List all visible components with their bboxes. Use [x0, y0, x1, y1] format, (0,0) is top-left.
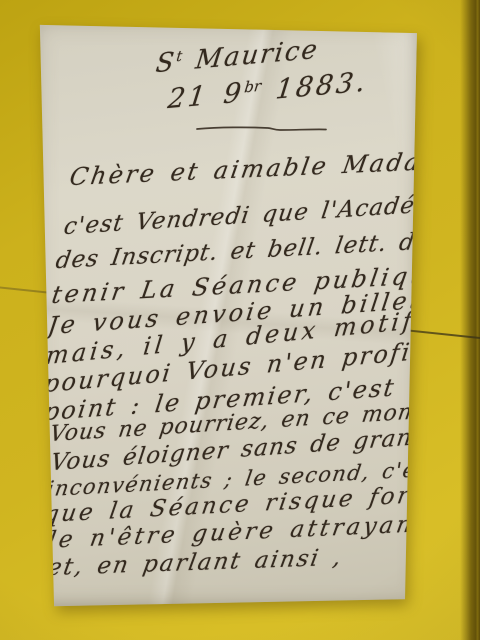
- letter-date-day: 21 9: [166, 77, 246, 115]
- letter-paper-wrapper: St Maurice 21 9br 1883. Chère et aimable…: [0, 0, 480, 640]
- letter-place-text: S: [154, 47, 177, 79]
- letter-paper: St Maurice 21 9br 1883. Chère et aimable…: [36, 22, 420, 608]
- letter-place-suffix: Maurice: [180, 35, 321, 77]
- letter-line: Chère et aimable Madame,: [68, 145, 477, 191]
- date-underline-flourish: [194, 124, 330, 134]
- photo-background: St Maurice 21 9br 1883. Chère et aimable…: [0, 0, 480, 640]
- letter-date-year: 1883.: [258, 66, 369, 107]
